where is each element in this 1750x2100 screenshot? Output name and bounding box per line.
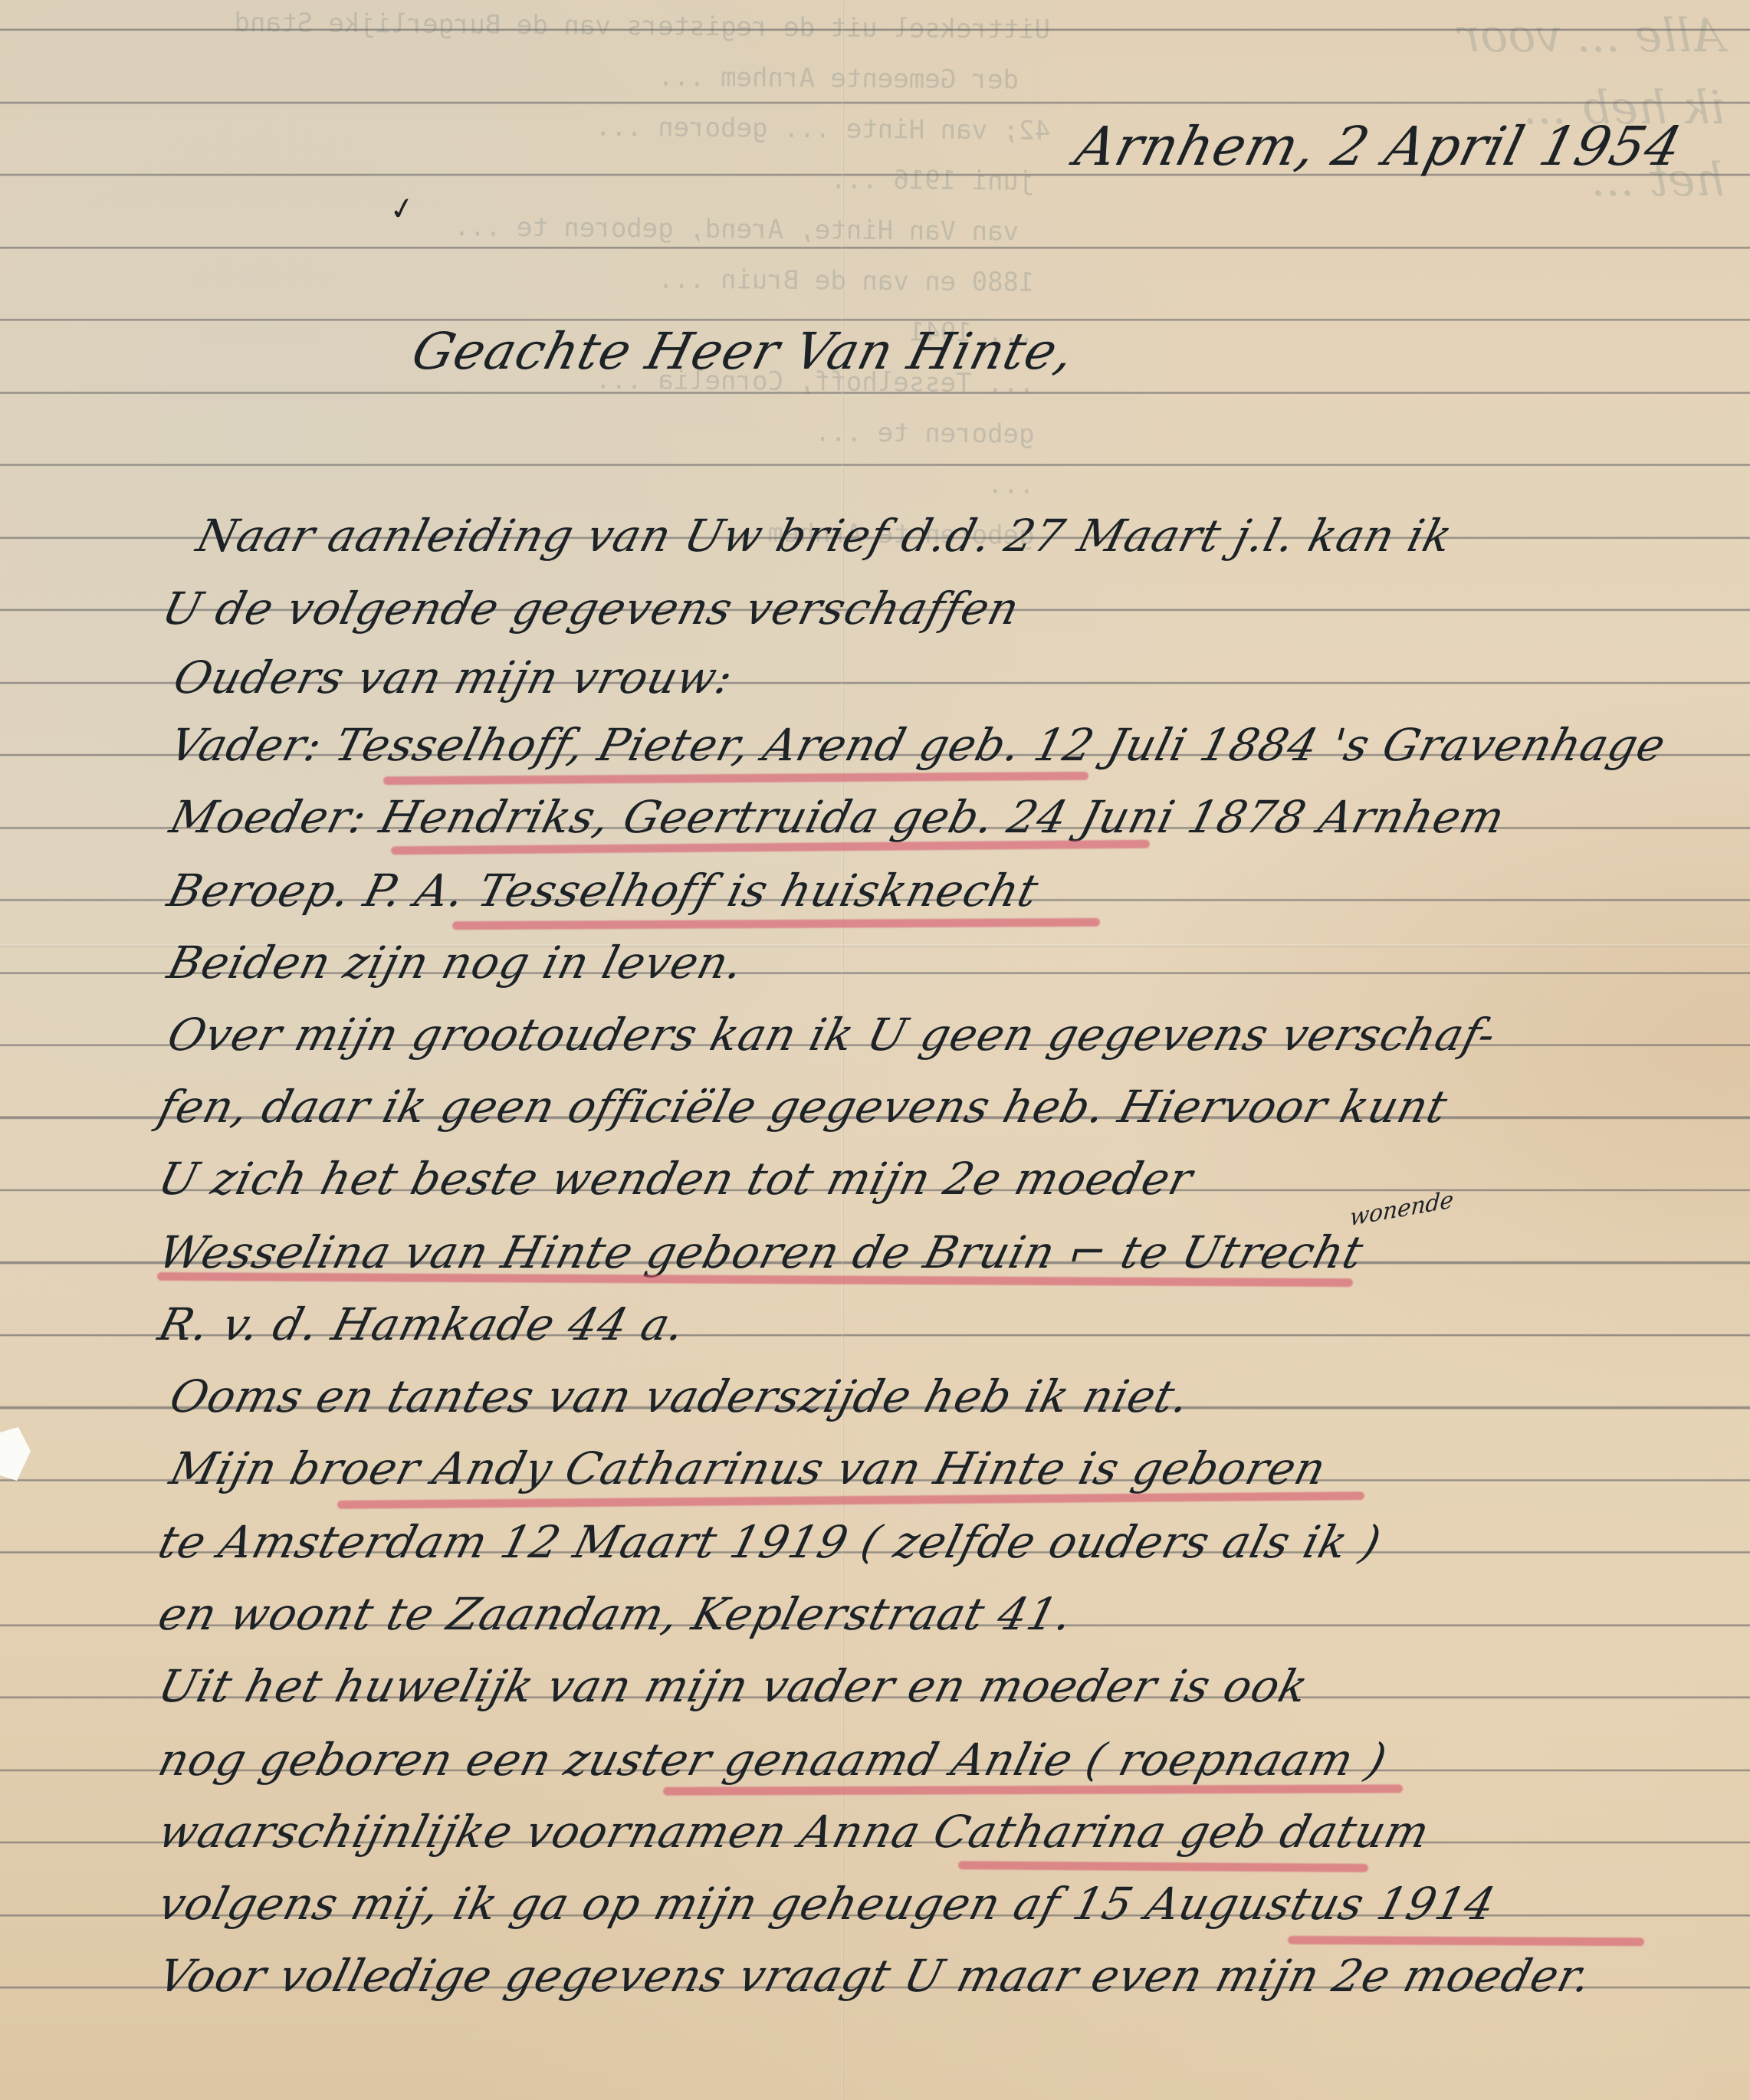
body-line-17: Uit het huwelijk van mijn vader en moede…: [153, 1660, 1314, 1712]
red-underline-beroep: [452, 918, 1100, 930]
bleed-through-typed-text: Uittreksel uit de registers van de Burge…: [15, 0, 1050, 1422]
insertion-wonende: wonende: [1349, 1186, 1455, 1232]
salutation: Geachte Heer Van Hinte,: [406, 322, 1081, 381]
body-line-16: en woont te Zaandam, Keplerstraat 41.: [153, 1588, 1079, 1640]
body-line-5: Moeder: Hendriks, Geertruida geb. 24 Jun…: [165, 791, 1510, 843]
body-line-6: Beroep. P. A. Tesselhoff is huisknecht: [163, 865, 1044, 917]
body-line-11: Wesselina van Hinte geboren de Bruin ⌐ t…: [153, 1226, 1369, 1278]
body-line-19: waarschijnlijke voornamen Anna Catharina…: [153, 1806, 1435, 1858]
red-underline-anna-catharina: [958, 1861, 1368, 1872]
body-line-4: Vader: Tesselhoff, Pieter, Arend geb. 12…: [165, 719, 1671, 771]
body-line-3: Ouders van mijn vrouw:: [169, 651, 739, 704]
body-line-13: Ooms en tantes van vaderszijde heb ik ni…: [165, 1370, 1196, 1422]
red-underline-date-1914: [1288, 1936, 1644, 1946]
body-line-10: U zich het beste wenden tot mijn 2e moed…: [153, 1153, 1198, 1205]
red-underline-zuster: [663, 1784, 1403, 1795]
body-line-7: Beiden zijn nog in leven.: [163, 937, 750, 989]
body-line-9: fen, daar ik geen officiële gegevens heb…: [153, 1081, 1453, 1133]
body-line-14: Mijn broer Andy Catharinus van Hinte is …: [165, 1442, 1331, 1495]
body-line-20: volgens mij, ik ga op mijn geheugen af 1…: [153, 1878, 1501, 1930]
body-line-15: te Amsterdam 12 Maart 1919 ( zelfde oude…: [153, 1516, 1387, 1568]
body-line-12: R. v. d. Hamkade 44 a.: [153, 1298, 691, 1350]
body-line-21: Voor volledige gegevens vraagt U maar ev…: [153, 1950, 1597, 2002]
red-underline-vader: [383, 772, 1088, 785]
check-mark-icon: ✓: [386, 189, 418, 228]
body-line-2: U de volgende gegevens verschaffen: [157, 582, 1025, 635]
body-line-1: Naar aanleiding van Uw brief d.d. 27 Maa…: [192, 510, 1458, 562]
letter-page: Uittreksel uit de registers van de Burge…: [0, 0, 1750, 2100]
body-line-18: nog geboren een zuster genaamd Anlie ( r…: [153, 1734, 1392, 1786]
place-date: Arnhem, 2 April 1954: [1069, 115, 1689, 178]
body-line-8: Over mijn grootouders kan ik U geen gege…: [163, 1009, 1502, 1061]
torn-hole: [0, 1427, 31, 1481]
